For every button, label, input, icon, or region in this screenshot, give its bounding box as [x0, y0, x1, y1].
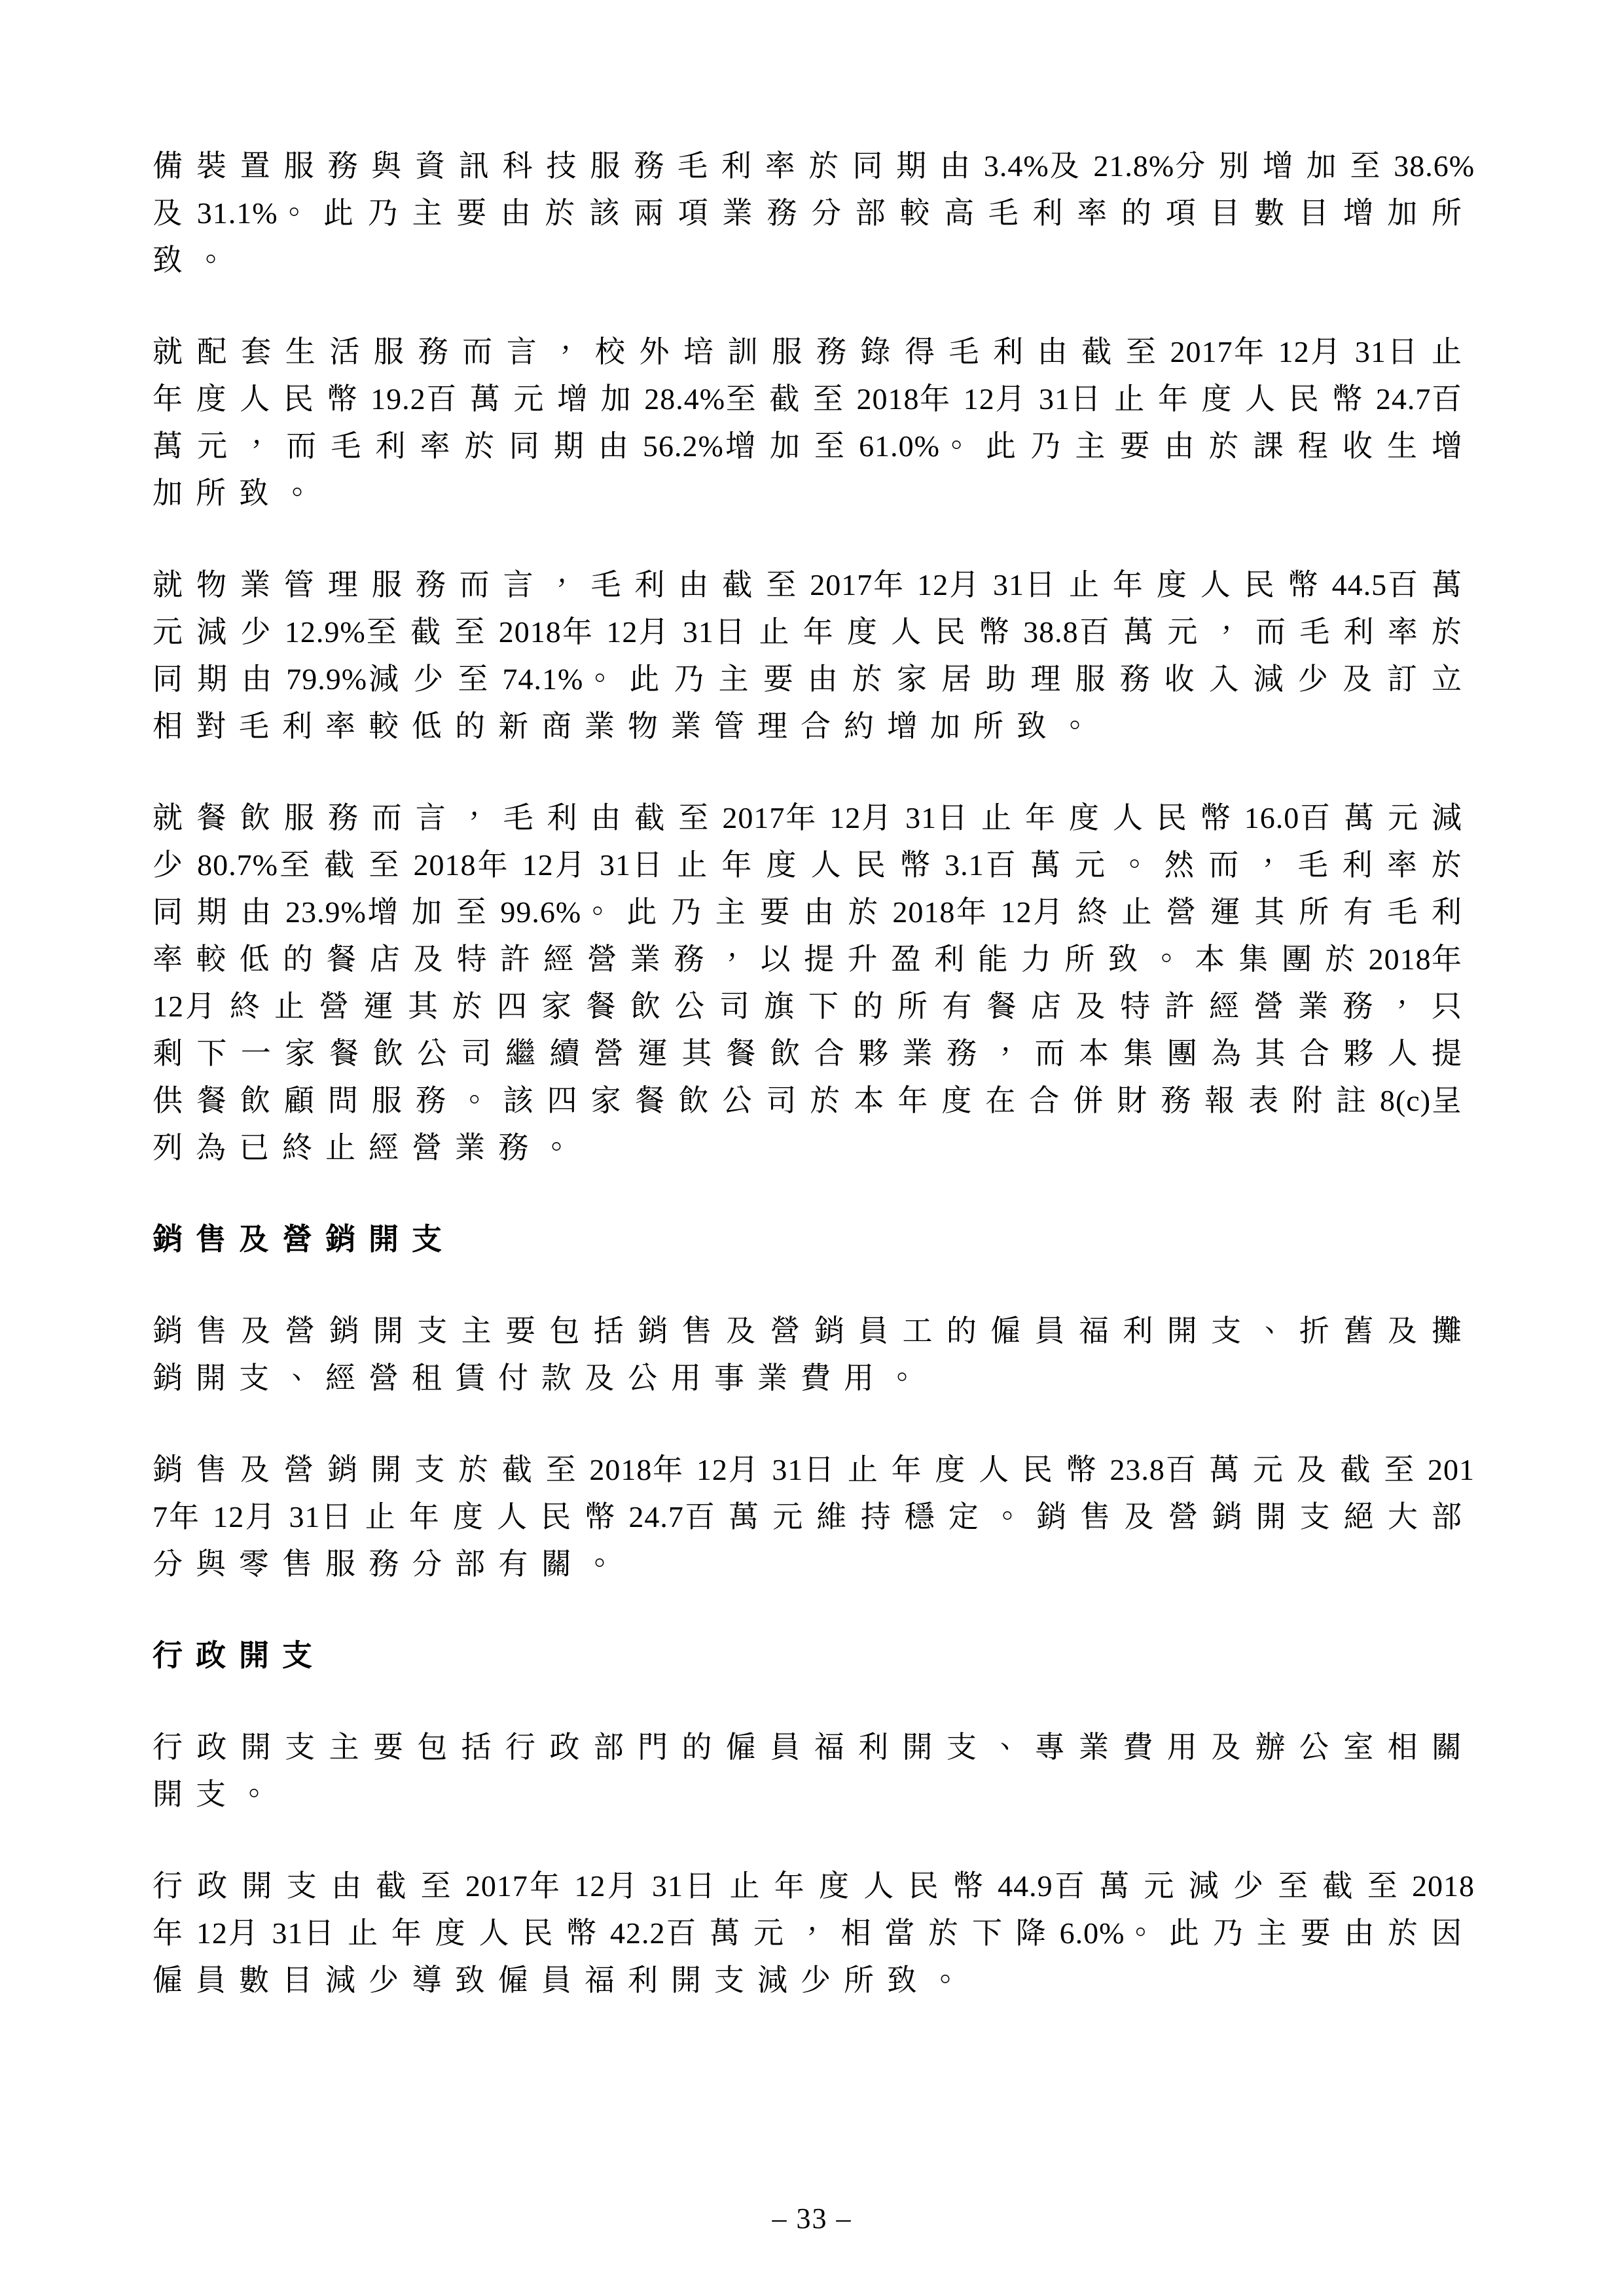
paragraph-selling-marketing-comparison: 銷售及營銷開支於截至2018年12月31日止年度人民幣23.8百萬元及截至201…	[153, 1446, 1475, 1588]
heading-administrative-expenses: 行政開支	[153, 1632, 1475, 1679]
heading-selling-marketing-expenses: 銷售及營銷開支	[153, 1216, 1475, 1263]
page-body-text: 備裝置服務與資訊科技服務毛利率於同期由3.4%及21.8%分別增加至38.6%及…	[153, 143, 1475, 2049]
paragraph-gross-margin-equipment-it: 備裝置服務與資訊科技服務毛利率於同期由3.4%及21.8%分別增加至38.6%及…	[153, 143, 1475, 284]
paragraph-administrative-comparison: 行政開支由截至2017年12月31日止年度人民幣44.9百萬元減少至截至2018…	[153, 1863, 1475, 2004]
paragraph-catering-services-gross-profit: 就餐飲服務而言，毛利由截至2017年12月31日止年度人民幣16.0百萬元減少8…	[153, 795, 1475, 1172]
page-number: – 33 –	[0, 2200, 1624, 2237]
paragraph-property-management-gross-profit: 就物業管理服務而言，毛利由截至2017年12月31日止年度人民幣44.5百萬元減…	[153, 562, 1475, 750]
paragraph-lifestyle-services-gross-profit: 就配套生活服務而言，校外培訓服務錄得毛利由截至2017年12月31日止年度人民幣…	[153, 329, 1475, 517]
paragraph-administrative-composition: 行政開支主要包括行政部門的僱員福利開支、專業費用及辦公室相關開支。	[153, 1724, 1475, 1818]
paragraph-selling-marketing-composition: 銷售及營銷開支主要包括銷售及營銷員工的僱員福利開支、折舊及攤銷開支、經營租賃付款…	[153, 1308, 1475, 1402]
report-page: 備裝置服務與資訊科技服務毛利率於同期由3.4%及21.8%分別增加至38.6%及…	[0, 0, 1624, 2296]
